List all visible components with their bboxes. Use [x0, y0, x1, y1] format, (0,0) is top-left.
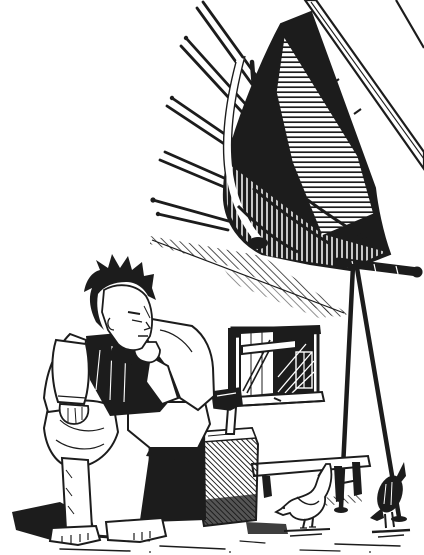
windmill-boy-illustration — [0, 0, 424, 555]
boy-left-sleeve — [52, 340, 88, 404]
window — [228, 325, 324, 406]
illustration-canvas — [0, 0, 424, 555]
boy-left-foot — [50, 526, 100, 545]
boy-left-shin — [62, 458, 92, 530]
boy-left-hand — [60, 404, 89, 424]
boy-right-foot — [106, 518, 166, 542]
